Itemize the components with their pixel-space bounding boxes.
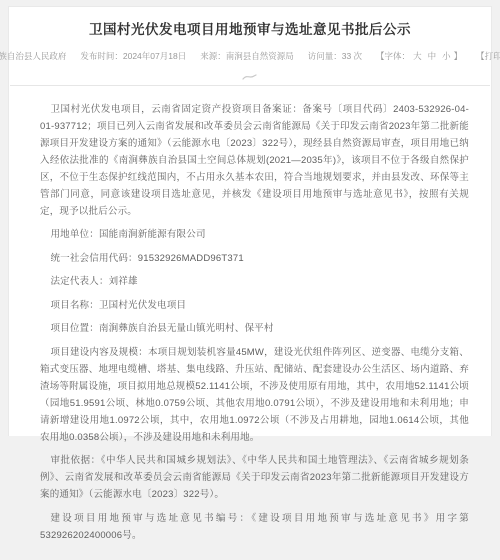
- print-text-button[interactable]: 【打印文本】: [476, 50, 500, 62]
- decorative-squiggle-icon: [242, 73, 258, 81]
- publisher-name: 南涧彝族自治县人民政府: [0, 50, 66, 62]
- font-size-large-button[interactable]: 大: [410, 50, 425, 62]
- font-size-suffix: 】: [454, 50, 463, 62]
- land-user-field: 用地单位：国能南涧新能源有限公司: [40, 226, 469, 243]
- font-size-small-button[interactable]: 小: [439, 50, 454, 62]
- page-title: 卫国村光伏发电项目用地预审与选址意见书批后公示: [23, 19, 477, 41]
- project-location-field: 项目位置：南涧彝族自治县无量山镇光明村、保平村: [40, 320, 469, 337]
- legal-representative-field: 法定代表人：刘祥雄: [40, 273, 469, 290]
- font-size-medium-button[interactable]: 中: [425, 50, 440, 62]
- article-header: 卫国村光伏发电项目用地预审与选址意见书批后公示 南涧彝族自治县人民政府 发布时间…: [9, 7, 491, 62]
- article-meta-row: 南涧彝族自治县人民政府 发布时间：2024年07月18日 来源：南涧县自然资源局…: [23, 50, 477, 62]
- font-size-control: 【字体： 大 中 小 】: [376, 50, 462, 62]
- header-divider: [10, 62, 490, 86]
- intro-paragraph: 卫国村光伏发电项目，云南省固定资产投资项目备案证：备案号〔项目代码〕2403-5…: [40, 101, 469, 220]
- project-name-field: 项目名称：卫国村光伏发电项目: [40, 297, 469, 314]
- source-label: 来源：南涧县自然资源局: [200, 50, 294, 62]
- article-body: 卫国村光伏发电项目，云南省固定资产投资项目备案证：备案号〔项目代码〕2403-5…: [9, 86, 491, 426]
- construction-scope-paragraph: 项目建设内容及规模：本项目规划装机容量45MW，建设光伏组件阵列区、逆变器、电缆…: [40, 344, 469, 427]
- visit-count: 访问量：33 次: [308, 50, 362, 62]
- publish-time: 发布时间：2024年07月18日: [80, 50, 186, 62]
- article-card: 卫国村光伏发电项目用地预审与选址意见书批后公示 南涧彝族自治县人民政府 发布时间…: [8, 6, 492, 426]
- font-size-prefix: 【字体：: [376, 50, 410, 62]
- credit-code-field: 统一社会信用代码：91532926MADD96T371: [40, 250, 469, 267]
